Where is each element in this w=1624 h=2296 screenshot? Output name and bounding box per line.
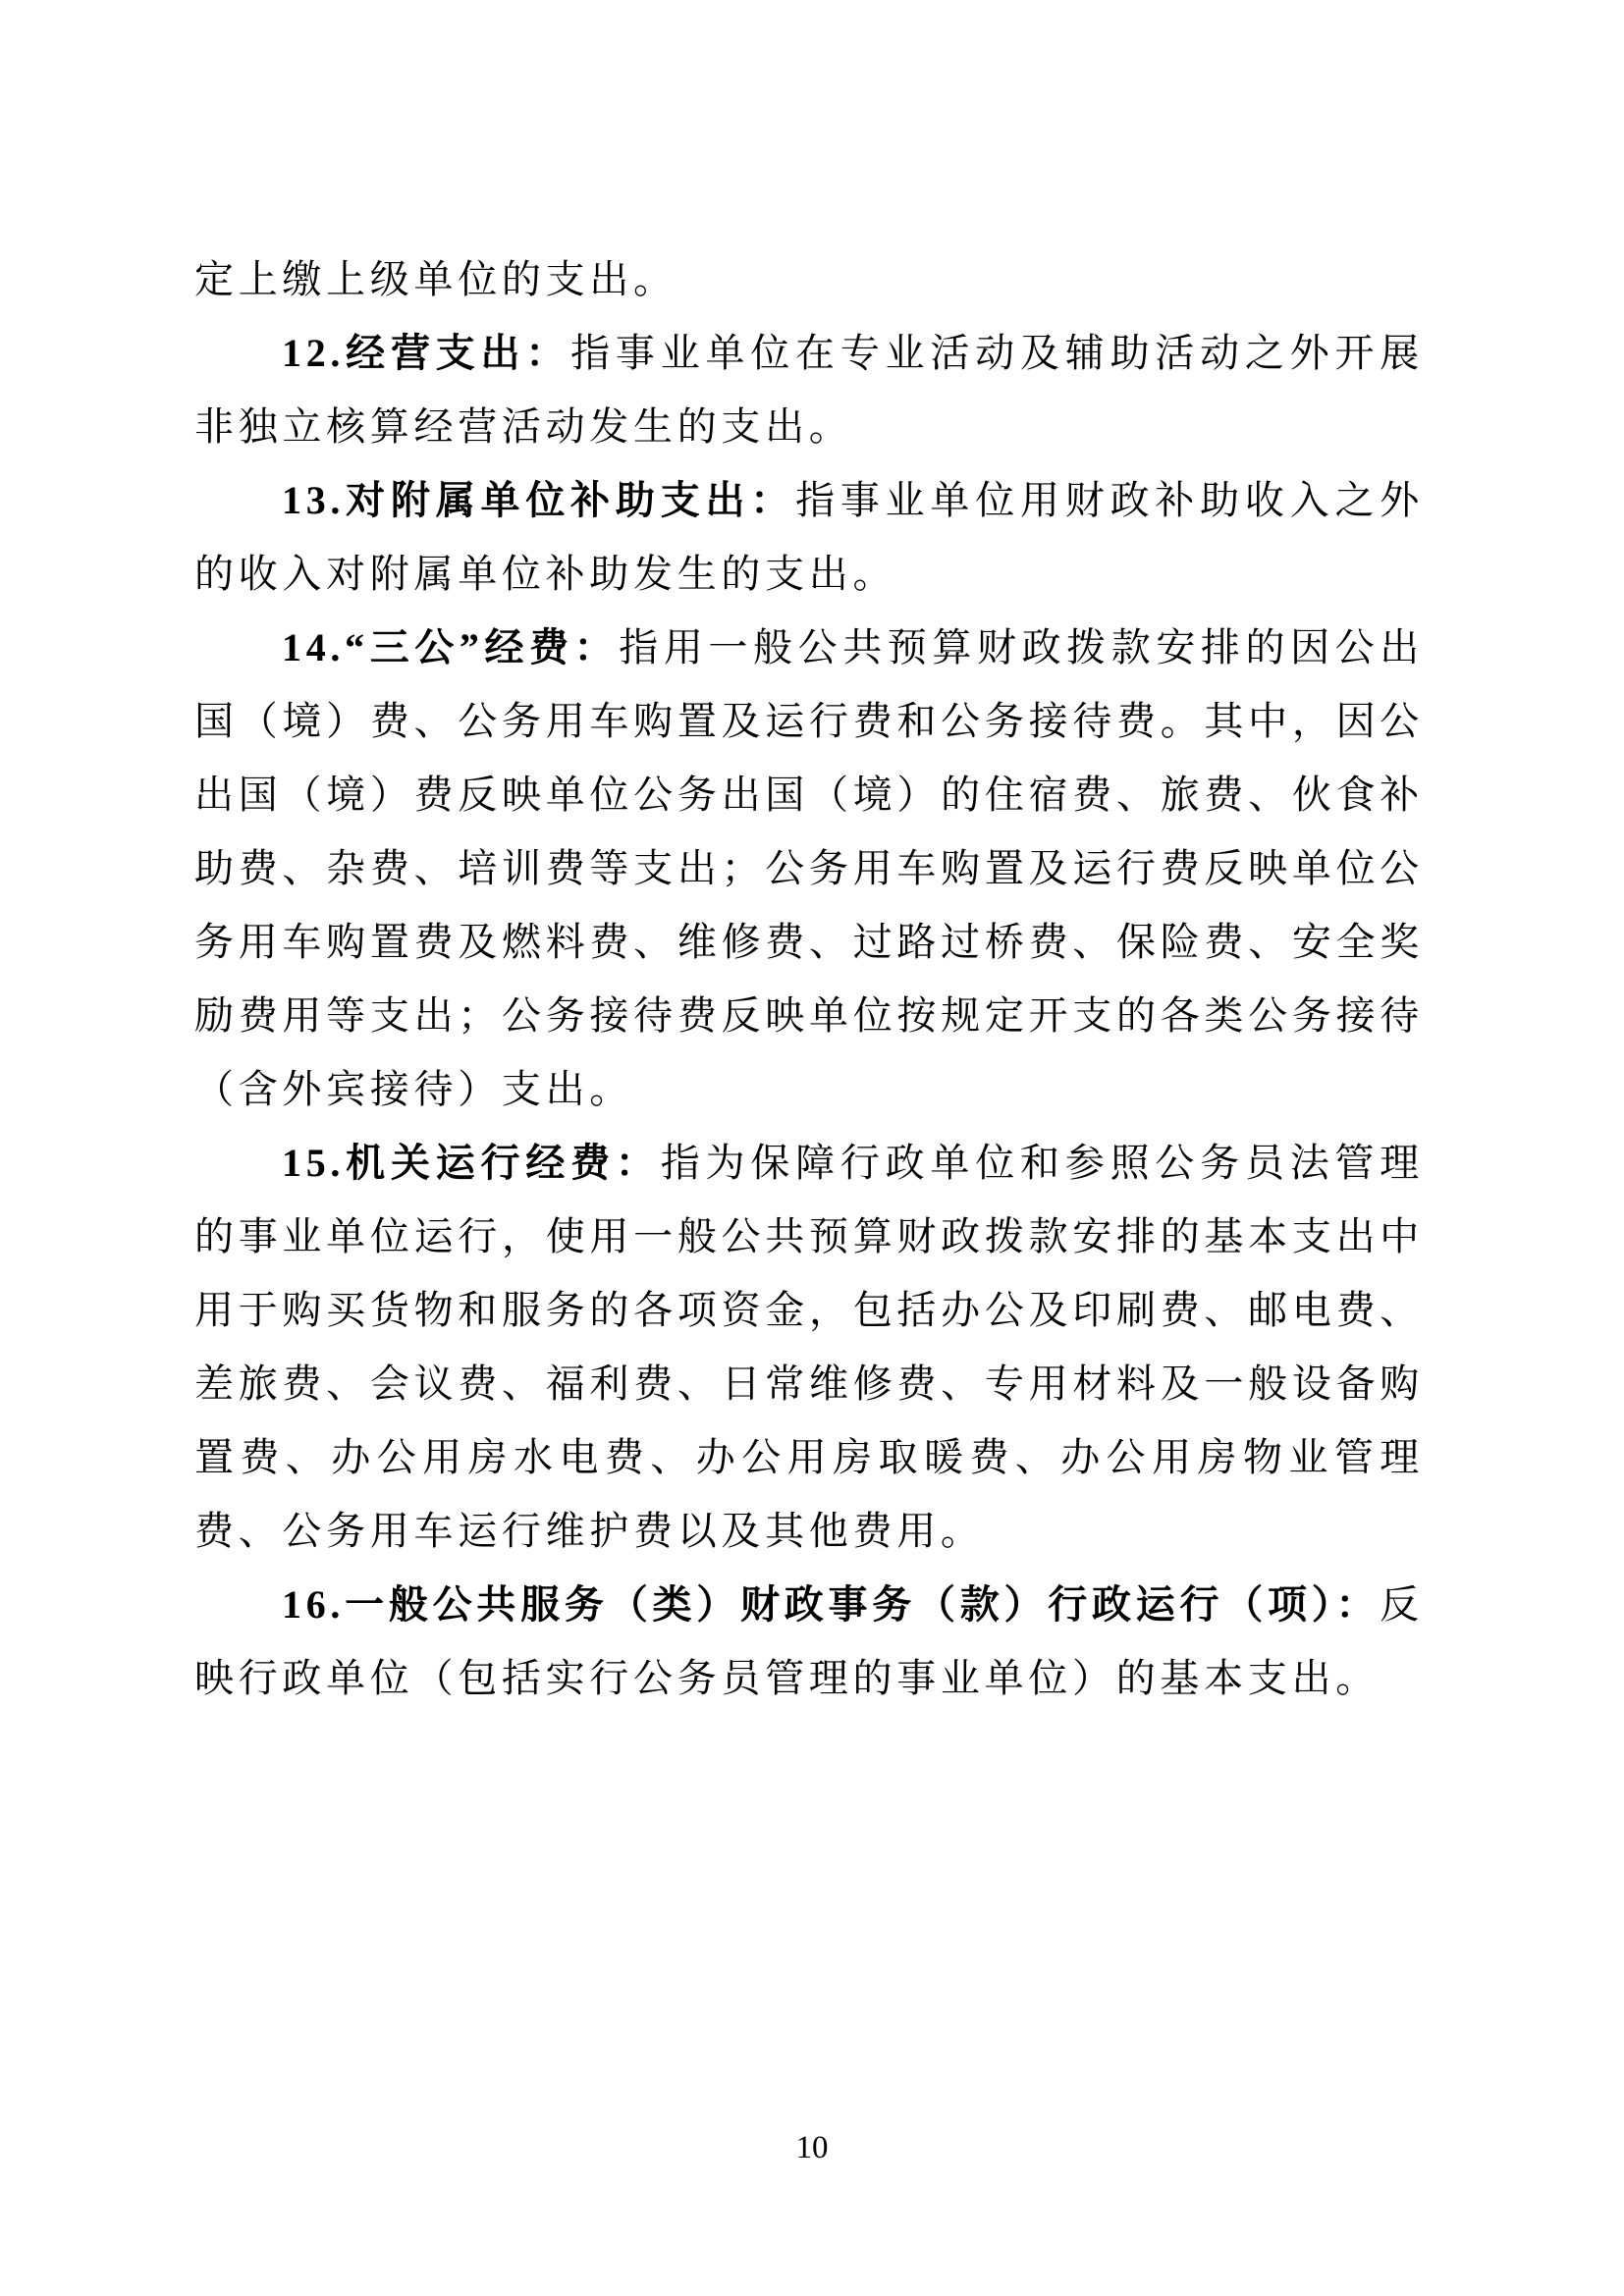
paragraph-item-15: 15.机关运行经费：指为保障行政单位和参照公务员法管理的事业单位运行，使用一般公… xyxy=(194,1126,1424,1568)
paragraph-item-12: 12.经营支出：指事业单位在专业活动及辅助活动之外开展非独立核算经营活动发生的支… xyxy=(194,316,1424,463)
paragraph-heading: 12.经营支出： xyxy=(282,331,570,375)
paragraph-heading: 16.一般公共服务（类）财政事务（款）行政运行（项）： xyxy=(282,1582,1380,1627)
paragraph-item-16: 16.一般公共服务（类）财政事务（款）行政运行（项）：反映行政单位（包括实行公务… xyxy=(194,1568,1424,1715)
paragraph-heading: 15.机关运行经费： xyxy=(282,1141,661,1185)
paragraph-text: 定上缴上级单位的支出。 xyxy=(194,257,677,301)
page-number: 10 xyxy=(0,2128,1624,2167)
paragraph-item-13: 13.对附属单位补助支出：指事业单位用财政补助收入之外的收入对附属单位补助发生的… xyxy=(194,463,1424,611)
document-page: 定上缴上级单位的支出。 12.经营支出：指事业单位在专业活动及辅助活动之外开展非… xyxy=(0,0,1624,2296)
paragraph-heading: 13.对附属单位补助支出： xyxy=(282,478,795,522)
paragraph-item-14: 14.“三公”经费：指用一般公共预算财政拨款安排的因公出国（境）费、公务用车购置… xyxy=(194,611,1424,1126)
paragraph-heading: 14.“三公”经费： xyxy=(282,625,619,669)
paragraph-text: 指为保障行政单位和参照公务员法管理的事业单位运行，使用一般公共预算财政拨款安排的… xyxy=(194,1141,1424,1553)
paragraph-continuation: 定上缴上级单位的支出。 xyxy=(194,242,1424,316)
paragraph-text: 指用一般公共预算财政拨款安排的因公出国（境）费、公务用车购置及运行费和公务接待费… xyxy=(194,625,1424,1111)
page-content: 定上缴上级单位的支出。 12.经营支出：指事业单位在专业活动及辅助活动之外开展非… xyxy=(194,242,1424,1715)
